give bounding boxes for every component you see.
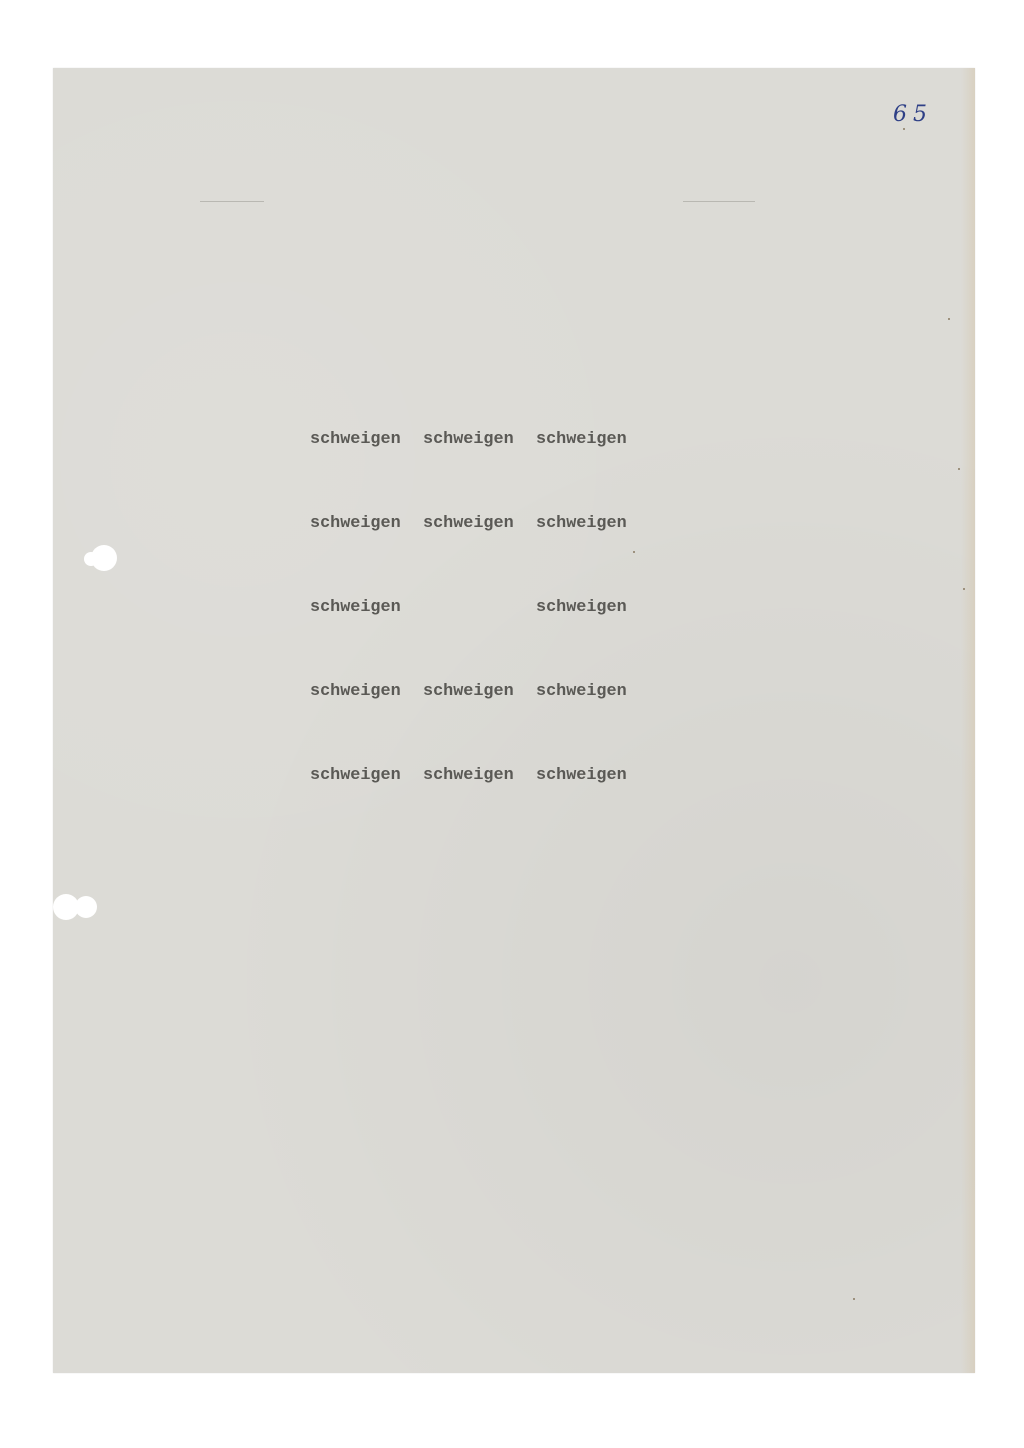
punch-hole-bottom-tear <box>75 896 97 918</box>
right-margin-mark <box>683 201 755 202</box>
paper-speck <box>948 318 950 320</box>
poem-line: schweigenschweigen <box>310 594 649 622</box>
poem-word: schweigen <box>423 510 536 538</box>
poem-word: schweigen <box>536 510 649 538</box>
concrete-poem: schweigenschweigenschweigen schweigensch… <box>310 370 649 846</box>
poem-word: schweigen <box>536 678 649 706</box>
poem-word: schweigen <box>310 594 423 622</box>
poem-line: schweigenschweigenschweigen <box>310 510 649 538</box>
poem-word: schweigen <box>310 510 423 538</box>
poem-word: schweigen <box>423 678 536 706</box>
paper-speck <box>633 551 635 553</box>
poem-word: schweigen <box>423 762 536 790</box>
poem-line: schweigenschweigenschweigen <box>310 678 649 706</box>
typewritten-page: 65 schweigenschweigenschweigen schweigen… <box>53 68 975 1373</box>
left-margin-mark <box>200 201 264 202</box>
paper-speck <box>958 468 960 470</box>
handwritten-page-number: 65 <box>893 102 933 127</box>
poem-line: schweigenschweigenschweigen <box>310 762 649 790</box>
punch-hole-top-tear <box>84 552 98 566</box>
poem-line: schweigenschweigenschweigen <box>310 426 649 454</box>
poem-word: schweigen <box>536 426 649 454</box>
poem-word: schweigen <box>536 594 649 622</box>
poem-word: schweigen <box>310 426 423 454</box>
poem-word: schweigen <box>310 762 423 790</box>
aged-paper-edge <box>961 68 975 1373</box>
paper-speck <box>903 128 905 130</box>
poem-word: schweigen <box>423 426 536 454</box>
poem-word: schweigen <box>310 678 423 706</box>
paper-speck <box>963 588 965 590</box>
paper-speck <box>853 1298 855 1300</box>
poem-word: schweigen <box>536 762 649 790</box>
